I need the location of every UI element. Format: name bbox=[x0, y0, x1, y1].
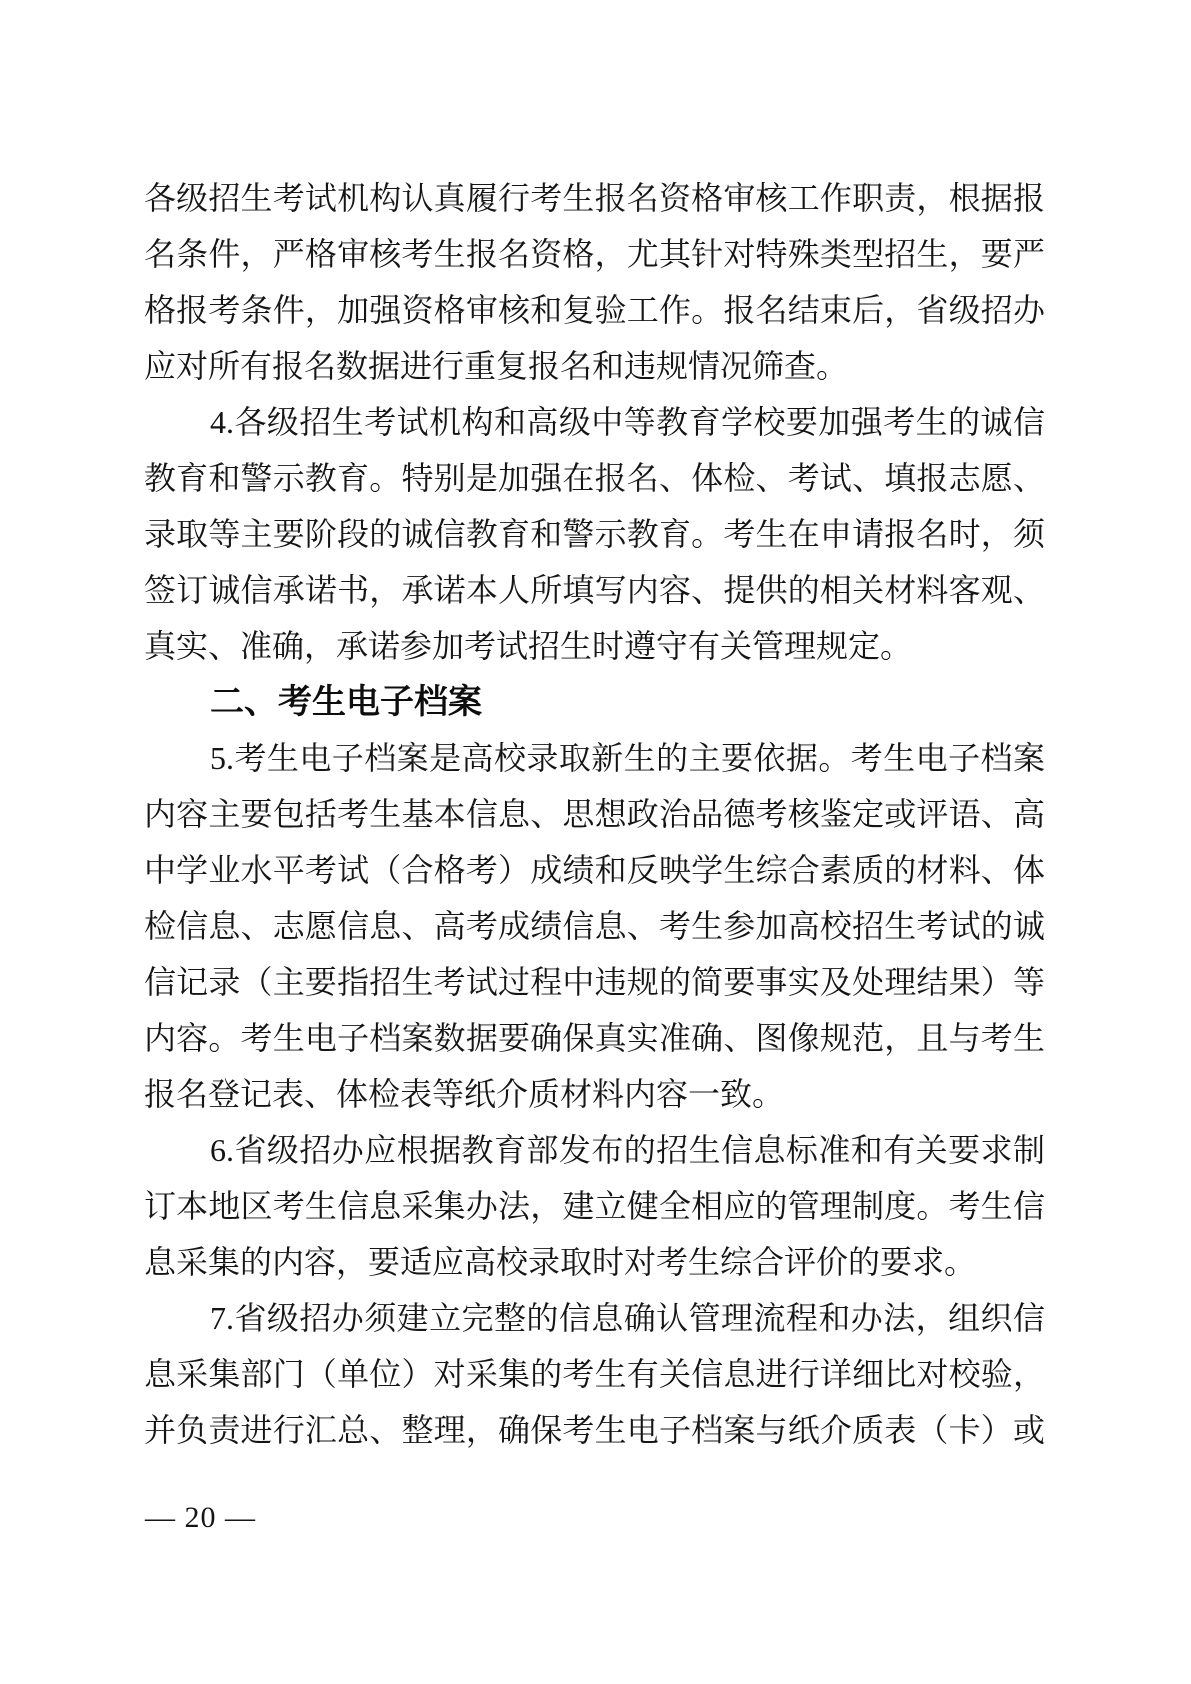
document-line: 息采集的内容，要适应高校录取时对考生综合评价的要求。 bbox=[144, 1234, 1045, 1290]
text-block: 各级招生考试机构认真履行考生报名资格审核工作职责，根据报名条件，严格审核考生报名… bbox=[144, 170, 1045, 1458]
document-line: 教育和警示教育。特别是加强在报名、体检、考试、填报志愿、 bbox=[144, 450, 1045, 506]
document-line: 6.省级招办应根据教育部发布的招生信息标准和有关要求制 bbox=[144, 1122, 1045, 1178]
document-line: 真实、准确，承诺参加考试招生时遵守有关管理规定。 bbox=[144, 618, 1045, 674]
document-page: 各级招生考试机构认真履行考生报名资格审核工作职责，根据报名条件，严格审核考生报名… bbox=[0, 0, 1191, 1684]
document-line: 各级招生考试机构认真履行考生报名资格审核工作职责，根据报 bbox=[144, 170, 1045, 226]
document-line: 格报考条件，加强资格审核和复验工作。报名结束后，省级招办 bbox=[144, 282, 1045, 338]
section-heading: 二、考生电子档案 bbox=[144, 674, 1045, 730]
document-line: 名条件，严格审核考生报名资格，尤其针对特殊类型招生，要严 bbox=[144, 226, 1045, 282]
document-line: 检信息、志愿信息、高考成绩信息、考生参加高校招生考试的诚 bbox=[144, 898, 1045, 954]
document-line: 内容。考生电子档案数据要确保真实准确、图像规范，且与考生 bbox=[144, 1010, 1045, 1066]
page-number: — 20 — bbox=[145, 1498, 256, 1538]
document-line: 信记录（主要指招生考试过程中违规的简要事实及处理结果）等 bbox=[144, 954, 1045, 1010]
document-line: 录取等主要阶段的诚信教育和警示教育。考生在申请报名时，须 bbox=[144, 506, 1045, 562]
document-line: 4.各级招生考试机构和高级中等教育学校要加强考生的诚信 bbox=[144, 394, 1045, 450]
document-line: 订本地区考生信息采集办法，建立健全相应的管理制度。考生信 bbox=[144, 1178, 1045, 1234]
document-line: 中学业水平考试（合格考）成绩和反映学生综合素质的材料、体 bbox=[144, 842, 1045, 898]
document-line: 7.省级招办须建立完整的信息确认管理流程和办法，组织信 bbox=[144, 1290, 1045, 1346]
document-line: 应对所有报名数据进行重复报名和违规情况筛查。 bbox=[144, 338, 1045, 394]
document-line: 5.考生电子档案是高校录取新生的主要依据。考生电子档案 bbox=[144, 730, 1045, 786]
document-line: 息采集部门（单位）对采集的考生有关信息进行详细比对校验， bbox=[144, 1346, 1045, 1402]
document-line: 并负责进行汇总、整理，确保考生电子档案与纸介质表（卡）或 bbox=[144, 1402, 1045, 1458]
document-line: 签订诚信承诺书，承诺本人所填写内容、提供的相关材料客观、 bbox=[144, 562, 1045, 618]
document-line: 报名登记表、体检表等纸介质材料内容一致。 bbox=[144, 1066, 1045, 1122]
document-line: 内容主要包括考生基本信息、思想政治品德考核鉴定或评语、高 bbox=[144, 786, 1045, 842]
